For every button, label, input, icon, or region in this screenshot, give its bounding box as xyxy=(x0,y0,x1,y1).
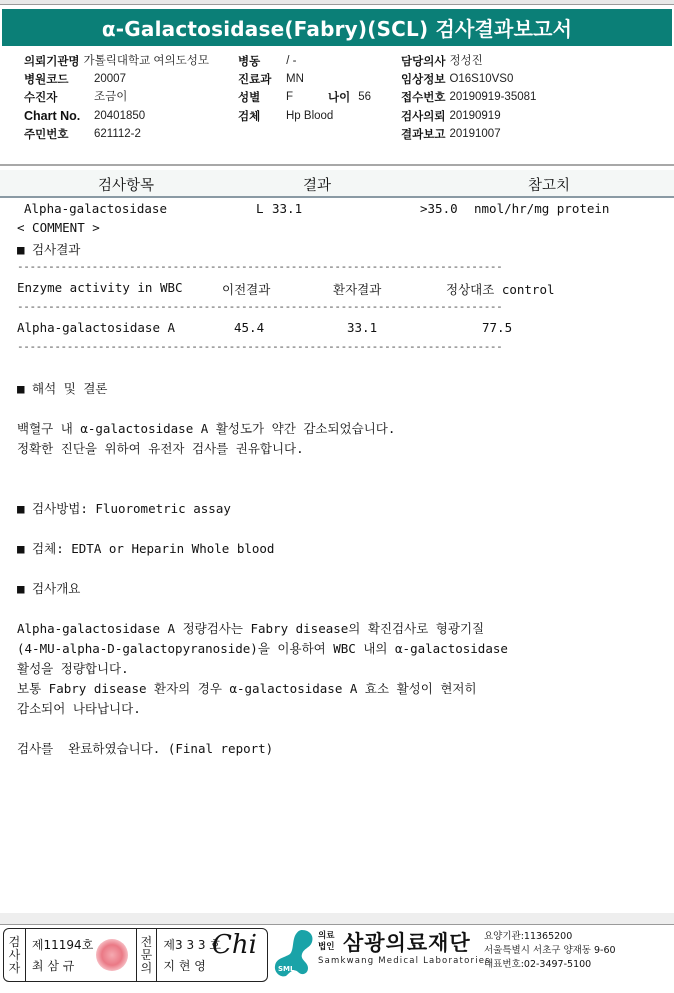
sml-logo-icon: SML xyxy=(272,928,316,978)
method-line: ■ 검사방법: Fluorometric assay xyxy=(17,499,231,517)
dash-line-2: ----------------------------------------… xyxy=(17,300,502,313)
examinee-label: 수진자 xyxy=(24,88,94,106)
org-english-name: Samkwang Medical Laboratories xyxy=(318,956,491,966)
signature-box: 검 사 자 제11194호 최 삼 규 전 문 의 제3 3 3 호 지 현 영… xyxy=(3,928,268,982)
hospital-code-label: 병원코드 xyxy=(24,70,94,88)
specialist-cell: 제3 3 3 호 지 현 영 Chi xyxy=(157,929,267,981)
resident-no-label: 주민번호 xyxy=(24,125,94,143)
interpretation-line-1: 백혈구 내 α-galactosidase A 활성도가 약간 감소되었습니다. xyxy=(17,419,395,437)
receipt-no-label: 접수번호 xyxy=(401,88,445,106)
result-flag: L xyxy=(256,201,264,216)
ward-label: 병동 xyxy=(238,52,260,70)
sex-label: 성별 xyxy=(238,88,286,106)
signature-icon: Chi xyxy=(212,935,257,956)
institution-label: 의뢰기관명 xyxy=(24,52,80,70)
result-item: Alpha-galactosidase xyxy=(24,201,167,216)
department-label: 진료과 xyxy=(238,70,286,88)
specimen-label: 검체 xyxy=(238,107,286,125)
clinical-info-value: O16S10VS0 xyxy=(449,70,513,88)
examiner-label-char: 자 xyxy=(9,962,21,975)
care-code: 요양기관:11365200 xyxy=(484,930,616,944)
chart-no-label: Chart No. xyxy=(24,107,94,125)
result-unit: nmol/hr/mg protein xyxy=(474,201,609,216)
org-contact-info: 요양기관:11365200 서울특별시 서초구 양재동 9-60 대표번호:02… xyxy=(484,930,616,972)
specimen-line: ■ 검체: EDTA or Heparin Whole blood xyxy=(17,539,274,557)
org-type-line: 법인 xyxy=(318,942,334,953)
overview-line-2: (4-MU-alpha-D-galactopyranoside)을 이용하여 W… xyxy=(17,639,508,657)
test-request-value: 20190919 xyxy=(449,107,500,125)
age-label: 나이 xyxy=(328,88,350,106)
org-type: 의료 법인 xyxy=(318,931,334,953)
result-report-value: 20191007 xyxy=(449,125,500,143)
overview-line-5: 감소되어 나타납니다. xyxy=(17,699,141,717)
interpretation-line-2: 정확한 진단을 위하여 유전자 검사를 권유합니다. xyxy=(17,439,304,457)
result-value: 33.1 xyxy=(272,201,302,216)
institution-value: 가톨릭대학교 여의도성모 xyxy=(84,52,209,70)
specimen-value: Hp Blood xyxy=(286,107,333,125)
overview-line-4: 보통 Fabry disease 환자의 경우 α-galactosidase … xyxy=(17,679,477,697)
top-strip xyxy=(0,0,674,5)
dash-line-3: ----------------------------------------… xyxy=(17,340,502,353)
divider xyxy=(0,164,674,166)
phone: 대표번호:02-3497-5100 xyxy=(484,958,616,972)
clinical-info-label: 임상정보 xyxy=(401,70,445,88)
result-report-label: 결과보고 xyxy=(401,125,445,143)
examiner-label-char: 사 xyxy=(9,949,21,962)
age-value: 56 xyxy=(358,88,371,106)
final-report-note: 검사를 완료하였습니다. (Final report) xyxy=(17,739,273,757)
svg-text:SML: SML xyxy=(278,965,295,973)
results-table-header: 검사항목 결과 참고치 xyxy=(0,170,674,198)
hospital-code-value: 20007 xyxy=(94,70,126,88)
ward-value: / - xyxy=(286,52,296,70)
enzyme-header-previous: 이전결과 xyxy=(222,280,270,298)
result-reference: >35.0 xyxy=(420,201,458,216)
header-reference: 참고치 xyxy=(528,174,570,195)
examinee-value: 조금이 xyxy=(94,88,127,106)
enzyme-header-control: 정상대조 control xyxy=(446,280,555,298)
examiner-label-char: 검 xyxy=(9,936,21,949)
header-result: 결과 xyxy=(303,174,331,195)
receipt-no-value: 20190919-35081 xyxy=(449,88,536,106)
sex-value: F xyxy=(286,88,293,106)
enzyme-row-patient: 33.1 xyxy=(347,320,377,335)
comment-label: < COMMENT > xyxy=(17,220,100,235)
test-request-label: 검사의뢰 xyxy=(401,107,445,125)
resident-no-value: 621112-2 xyxy=(94,125,141,143)
section-result-heading: ■ 검사결과 xyxy=(17,240,80,258)
enzyme-row-previous: 45.4 xyxy=(234,320,264,335)
enzyme-header-name: Enzyme activity in WBC xyxy=(17,280,183,295)
doctor-value: 정성진 xyxy=(449,52,482,70)
header-test-item: 검사항목 xyxy=(98,174,154,195)
org-type-line: 의료 xyxy=(318,931,334,942)
enzyme-row-name: Alpha-galactosidase A xyxy=(17,320,175,335)
section-overview-heading: ■ 검사개요 xyxy=(17,579,80,597)
report-title: α-Galactosidase(Fabry)(SCL) 검사결과보고서 xyxy=(2,9,672,46)
department-value: MN xyxy=(286,70,304,88)
specialist-label-char: 문 xyxy=(141,949,153,962)
address: 서울특별시 서초구 양재동 9-60 xyxy=(484,944,616,958)
specialist-label: 전 문 의 xyxy=(136,929,158,981)
chart-no-value: 20401850 xyxy=(94,107,145,125)
footer-strip xyxy=(0,913,674,925)
enzyme-row-control: 77.5 xyxy=(482,320,512,335)
examiner-label: 검 사 자 xyxy=(4,929,26,981)
overview-line-1: Alpha-galactosidase A 정량검사는 Fabry diseas… xyxy=(17,619,484,637)
section-interpretation-heading: ■ 해석 및 결론 xyxy=(17,379,107,397)
patient-info: 의뢰기관명 가톨릭대학교 여의도성모 병동 / - 담당의사 정성진 병원코드 … xyxy=(0,52,674,152)
dash-line-1: ----------------------------------------… xyxy=(17,260,502,273)
specialist-label-char: 전 xyxy=(141,936,153,949)
overview-line-3: 활성을 정량합니다. xyxy=(17,659,129,677)
seal-stamp-icon xyxy=(96,939,128,971)
enzyme-header-patient: 환자결과 xyxy=(333,280,381,298)
specialist-label-char: 의 xyxy=(141,962,153,975)
examiner-cell: 제11194호 최 삼 규 xyxy=(26,929,136,981)
doctor-label: 담당의사 xyxy=(401,52,445,70)
org-name: 삼광의료재단 xyxy=(343,927,471,957)
